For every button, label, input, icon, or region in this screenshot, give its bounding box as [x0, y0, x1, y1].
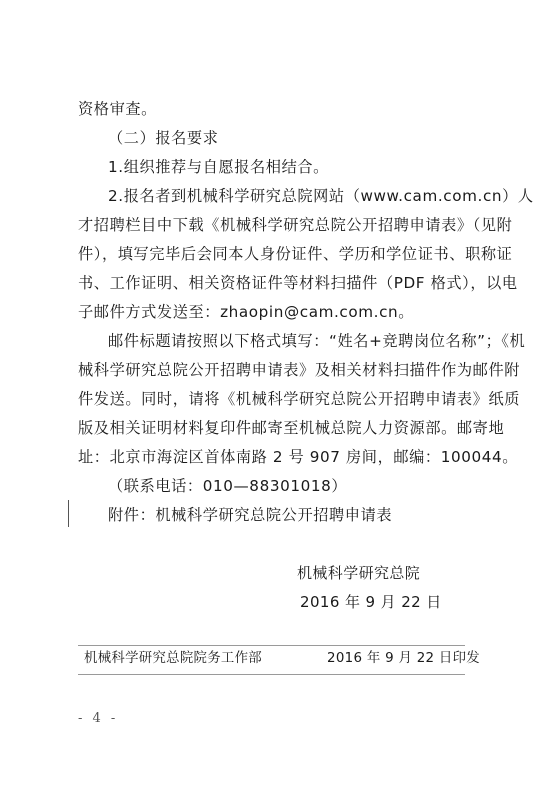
body-line: 才招聘栏目中下载《机械科学研究总院公开招聘申请表》（见附 — [78, 215, 488, 235]
body-line: 械科学研究总院公开招聘申请表》及相关材料扫描件作为邮件附 — [78, 360, 488, 380]
body-line-item-2-start: 2.报名者到机械科学研究总院网站（www.cam.com.cn）人 — [108, 186, 488, 206]
text-cursor-marker — [68, 500, 69, 527]
footer-issuer: 机械科学研究总院院务工作部 — [84, 650, 262, 668]
body-line: 件发送。同时，请将《机械科学研究总院公开招聘申请表》纸质 — [78, 389, 488, 409]
body-line-qualification-review: 资格审查。 — [78, 99, 488, 119]
signature-date: 2016 年 9 月 22 日 — [300, 592, 442, 612]
body-line: 书、工作证明、相关资格证件等材料扫描件（PDF 格式），以电 — [78, 273, 488, 293]
signature-organization: 机械科学研究总院 — [297, 563, 420, 583]
page-number: - 4 - — [78, 711, 118, 726]
body-line-item-1: 1.组织推荐与自愿报名相结合。 — [108, 157, 488, 177]
body-line-email: 子邮件方式发送至：zhaopin@cam.com.cn。 — [78, 302, 488, 322]
footer-bottom-rule — [78, 674, 465, 675]
body-line-address: 址：北京市海淀区首体南路 2 号 907 房间，邮编：100044。 — [78, 447, 488, 467]
body-line-email-subject: 邮件标题请按照以下格式填写：“姓名+竞聘岗位名称”；《机 — [108, 331, 488, 351]
body-line-attachment: 附件：机械科学研究总院公开招聘申请表 — [108, 505, 488, 525]
body-line-contact-phone: （联系电话：010—88301018） — [108, 476, 488, 496]
body-line: 版及相关证明材料复印件邮寄至机械总院人力资源部。邮寄地 — [78, 418, 488, 438]
document-page: 资格审查。 （二）报名要求 1.组织推荐与自愿报名相结合。 2.报名者到机械科学… — [0, 0, 558, 786]
section-heading-registration-requirements: （二）报名要求 — [108, 128, 488, 148]
body-line: 件），填写完毕后会同本人身份证件、学历和学位证书、职称证 — [78, 244, 488, 264]
footer-top-rule — [78, 645, 465, 646]
footer-issue-date: 2016 年 9 月 22 日印发 — [327, 650, 480, 668]
